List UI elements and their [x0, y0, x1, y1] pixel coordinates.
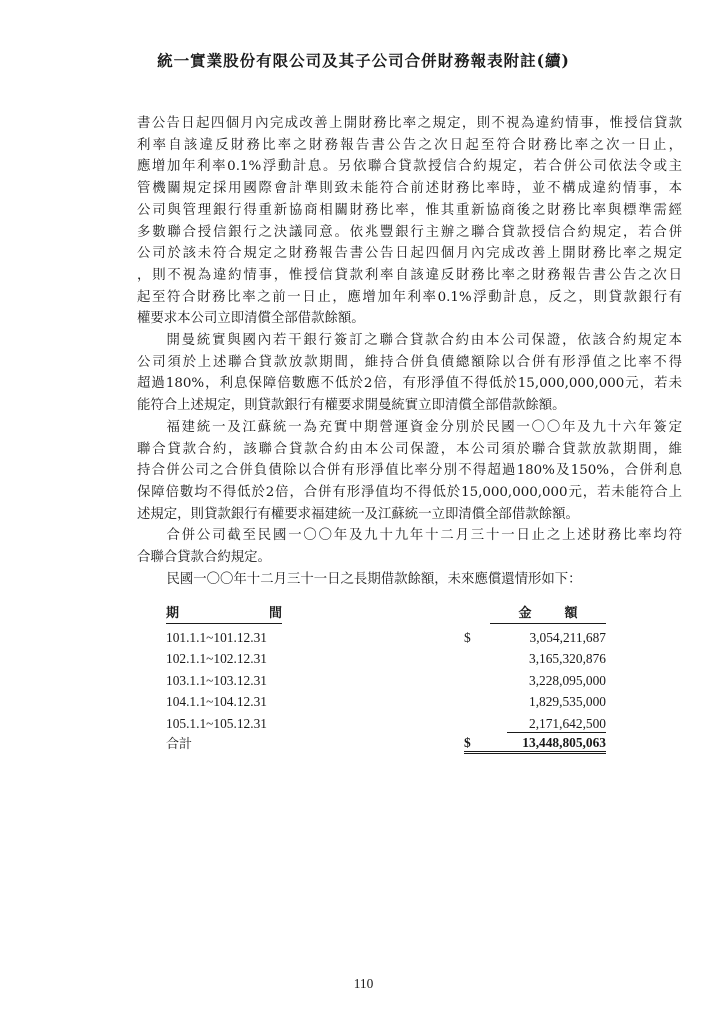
text-line: ，則不視為違約情事，惟授信貸款利率自該違反財務比率之財務報告書公告之次日	[137, 265, 682, 287]
header-char: 額	[564, 605, 577, 623]
table-row: 101.1.1~101.12.31 $ 3,054,211,687	[166, 627, 606, 649]
total-amount-value: 13,448,805,063	[522, 734, 606, 751]
amount-cell: 3,054,211,687	[530, 627, 607, 649]
column-header-amount: 金 額	[490, 605, 606, 624]
paragraph-fujian-jiangsu-loans: 福建統一及江蘇統一為充實中期營運資金分別於民國一〇〇年及九十六年簽定 聯合貸款合…	[137, 417, 682, 526]
text-line: 公司須於上述聯合貸款放款期間，維持合併負債總額除以合併有形淨值之比率不得	[137, 352, 682, 374]
period-cell: 104.1.1~104.12.31	[166, 691, 267, 713]
header-char: 間	[269, 605, 282, 623]
header-char: 金	[518, 605, 531, 623]
text-line: 超過180%，利息保障倍數應不低於2倍，有形淨值不得低於15,000,000,0…	[137, 373, 682, 395]
table-row: 103.1.1~103.12.31 3,228,095,000	[166, 670, 606, 692]
amount-cell: 1,829,535,000	[529, 691, 606, 713]
amount-underlined: 2,171,642,500	[507, 715, 606, 733]
text-line: 合聯合貸款合約規定。	[137, 547, 682, 569]
table-row: 102.1.1~102.12.31 3,165,320,876	[166, 648, 606, 670]
text-line: 公司與管理銀行得重新協商相關財務比率，惟其重新協商後之財務比率與標準需經	[137, 200, 682, 222]
total-label: 合計	[166, 734, 192, 756]
period-cell: 105.1.1~105.12.31	[166, 713, 267, 735]
text-line: 利率自該違反財務比率之財務報告書公告之次日起至符合財務比率之次一日止，	[137, 135, 682, 157]
header-char: 期	[166, 605, 179, 623]
text-line: 多數聯合授信銀行之決議同意。依兆豐銀行主辦之聯合貸款授信合約規定，若合併	[137, 222, 682, 244]
schedule-intro: 民國一〇〇年十二月三十一日之長期借款餘額，未來應償還情形如下：	[137, 569, 682, 591]
table-header: 期 間 金 額	[166, 605, 606, 627]
currency-symbol: $	[464, 734, 471, 751]
page-number: 110	[0, 976, 727, 992]
text-line: 能符合上述規定，則貸款銀行有權要求開曼統實立即清償全部借款餘額。	[137, 395, 682, 417]
paragraph-compliance: 合併公司截至民國一〇〇年及九十九年十二月三十一日止之上述財務比率均符 合聯合貸款…	[137, 525, 682, 568]
text-line: 持合併公司之合併負債除以合併有形淨值比率分別不得超過180%及150%，合併利息	[137, 460, 682, 482]
notes-body: 書公告日起四個月內完成改善上開財務比率之規定，則不視為違約情事，惟授信貸款 利率…	[137, 113, 682, 590]
period-cell: 103.1.1~103.12.31	[166, 670, 267, 692]
page-title: 統一實業股份有限公司及其子公司合併財務報表附註(續)	[0, 49, 727, 71]
column-header-period: 期 間	[166, 605, 282, 624]
paragraph-cayman-guarantee: 開曼統實與國內若干銀行簽訂之聯合貸款合約由本公司保證，依該合約規定本 公司須於上…	[137, 330, 682, 417]
amount-cell: 3,228,095,000	[529, 670, 606, 692]
text-line: 開曼統實與國內若干銀行簽訂之聯合貸款合約由本公司保證，依該合約規定本	[137, 330, 682, 352]
text-line: 起至符合財務比率之前一日止，應增加年利率0.1%浮動計息，反之，則貸款銀行有	[137, 287, 682, 309]
text-line: 管機關規定採用國際會計準則致未能符合前述財務比率時，並不構成違約情事，本	[137, 178, 682, 200]
text-line: 合併公司截至民國一〇〇年及九十九年十二月三十一日止之上述財務比率均符	[137, 525, 682, 547]
period-cell: 101.1.1~101.12.31	[166, 627, 267, 649]
amount-cell: 2,171,642,500	[507, 713, 606, 735]
currency-symbol: $	[464, 627, 471, 649]
amount-cell: 3,165,320,876	[529, 648, 606, 670]
table-total-row: 合計 $ 13,448,805,063	[166, 734, 606, 756]
text-line: 福建統一及江蘇統一為充實中期營運資金分別於民國一〇〇年及九十六年簽定	[137, 417, 682, 439]
table-row: 104.1.1~104.12.31 1,829,535,000	[166, 691, 606, 713]
text-line: 書公告日起四個月內完成改善上開財務比率之規定，則不視為違約情事，惟授信貸款	[137, 113, 682, 135]
text-line: 權要求本公司立即清償全部借款餘額。	[137, 308, 682, 330]
repayment-schedule-table: 期 間 金 額 101.1.1~101.12.31 $ 3,054,211,68…	[166, 605, 606, 756]
total-amount: $ 13,448,805,063	[464, 734, 606, 754]
period-cell: 102.1.1~102.12.31	[166, 648, 267, 670]
paragraph-covenant-continued: 書公告日起四個月內完成改善上開財務比率之規定，則不視為違約情事，惟授信貸款 利率…	[137, 113, 682, 330]
text-line: 公司於該未符合規定之財務報告書公告日起四個月內完成改善上開財務比率之規定	[137, 243, 682, 265]
text-line: 應增加年利率0.1%浮動計息。另依聯合貸款授信合約規定，若合併公司依法令或主	[137, 156, 682, 178]
text-line: 保障倍數均不得低於2倍，合併有形淨值均不得低於15,000,000,000元，若…	[137, 482, 682, 504]
table-row: 105.1.1~105.12.31 2,171,642,500	[166, 713, 606, 735]
text-line: 述規定，則貸款銀行有權要求福建統一及江蘇統一立即清償全部借款餘額。	[137, 504, 682, 526]
text-line: 聯合貸款合約，該聯合貸款合約由本公司保證，本公司須於聯合貸款放款期間，維	[137, 439, 682, 461]
